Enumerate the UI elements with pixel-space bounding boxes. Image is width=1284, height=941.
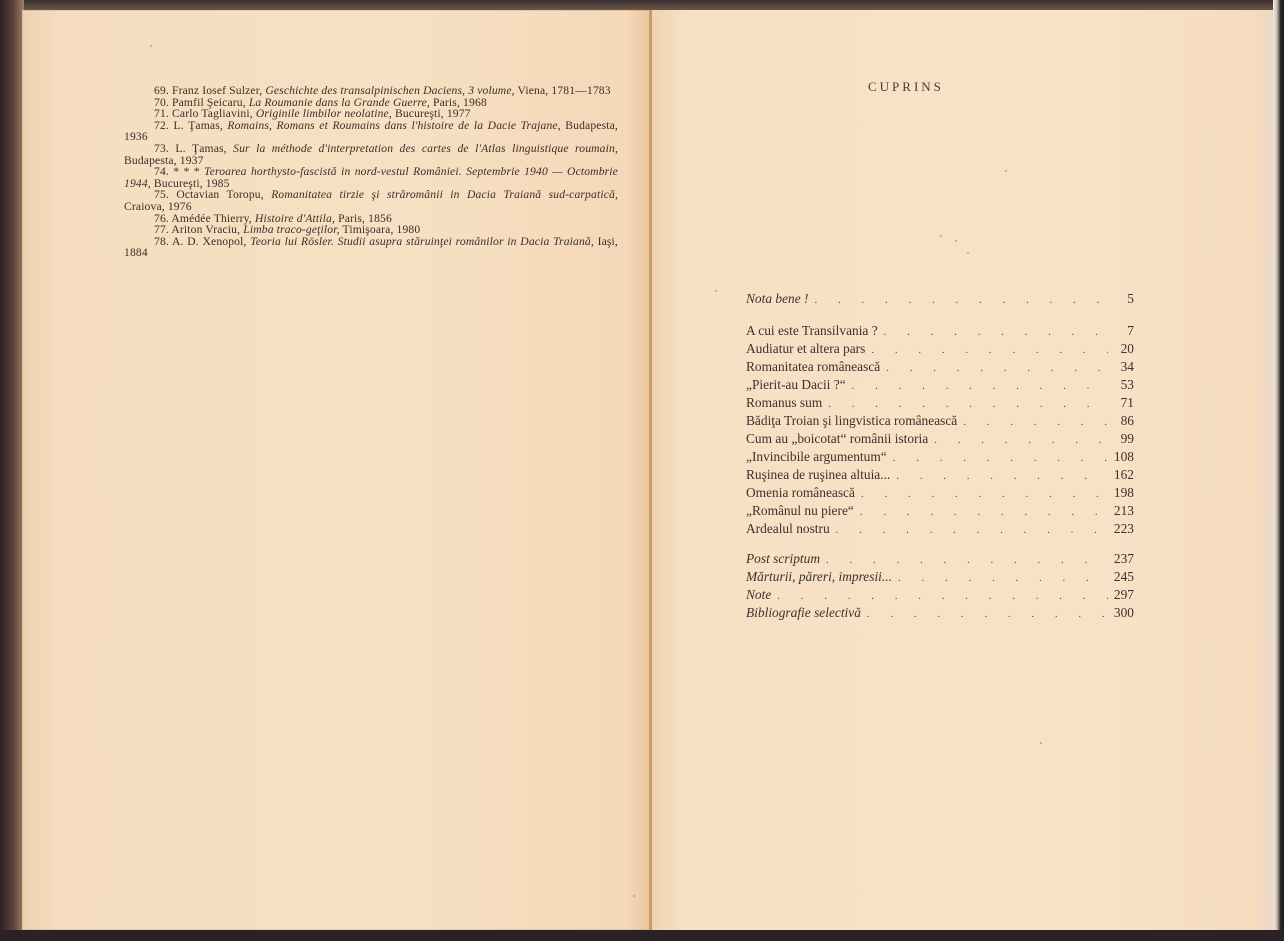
book-cover-edge-left — [0, 0, 24, 941]
toc-entry: Omenia românească198 — [746, 484, 1134, 502]
dot-leader — [814, 291, 1108, 309]
dot-leader — [963, 413, 1108, 431]
entry-author: L. Ţamas, — [173, 119, 222, 132]
bottom-edge — [0, 930, 1284, 941]
toc-entry-page: 223 — [1108, 520, 1134, 538]
dot-leader — [852, 377, 1108, 395]
entry-publication: Viena, 1781—1783 — [518, 84, 611, 97]
paper-speck — [633, 895, 635, 897]
paper-speck — [1040, 742, 1042, 744]
toc-entry-page: 99 — [1108, 430, 1134, 448]
dot-leader — [836, 521, 1108, 539]
toc-entry: „Românul nu piere“213 — [746, 502, 1134, 520]
toc-entry-page: 86 — [1108, 412, 1134, 430]
toc-entry: „Pierit-au Dacii ?“53 — [746, 376, 1134, 394]
toc-entry-page: 213 — [1108, 502, 1134, 520]
dot-leader — [898, 569, 1108, 587]
dot-leader — [860, 503, 1108, 521]
dot-leader — [886, 359, 1108, 377]
toc-entry: Romanus sum71 — [746, 394, 1134, 412]
paper-speck — [940, 235, 942, 237]
toc-entry: Nota bene !5 — [746, 290, 1134, 308]
toc-entry-title: Romanus sum — [746, 394, 828, 412]
bibliography-entry: 72. L. Ţamas, Romains, Romans et Roumain… — [124, 120, 618, 143]
toc-entry: Mărturii, păreri, impresii...245 — [746, 568, 1134, 586]
entry-title: Teoria lui Rösler. Studii asupra stăruin… — [250, 235, 594, 248]
paper-speck — [1005, 170, 1007, 172]
toc-entry-page: 5 — [1108, 290, 1134, 308]
toc-entry: Bădiţa Troian şi lingvistica românească8… — [746, 412, 1134, 430]
toc-entry-title: Nota bene ! — [746, 290, 814, 308]
toc-entry-title: „Invincibile argumentum“ — [746, 448, 893, 466]
spacer — [746, 538, 1134, 550]
toc-entry: Post scriptum237 — [746, 550, 1134, 568]
paper-speck — [150, 45, 152, 47]
toc-entry-title: Post scriptum — [746, 550, 826, 568]
toc-entry-page: 53 — [1108, 376, 1134, 394]
bibliography-entry: 78. A. D. Xenopol, Teoria lui Rösler. St… — [124, 236, 618, 259]
book-cover-edge-right — [1273, 0, 1284, 941]
entry-author: A. D. Xenopol, — [172, 235, 247, 248]
dot-leader — [893, 449, 1108, 467]
toc-entry-page: 71 — [1108, 394, 1134, 412]
bibliography-entry: 74. * * * Teroarea horthysto-fascistă in… — [124, 166, 618, 189]
entry-title: Romanitatea tirzie şi străromânii in Dac… — [271, 188, 618, 201]
entry-number: 78. — [154, 235, 169, 248]
toc-entry-page: 300 — [1108, 604, 1134, 622]
entry-title: Romains, Romans et Roumains dans l'histo… — [227, 119, 560, 132]
bibliography-list: 69. Franz Iosef Sulzer, Geschichte des t… — [124, 85, 618, 259]
toc-entry-title: Bibliografie selectivă — [746, 604, 867, 622]
paper-speck — [955, 240, 957, 242]
dot-leader — [896, 467, 1108, 485]
table-of-contents: Nota bene !5A cui este Transilvania ?7Au… — [746, 290, 1134, 622]
toc-entry: Audiatur et altera pars20 — [746, 340, 1134, 358]
toc-entry-page: 20 — [1108, 340, 1134, 358]
dot-leader — [826, 551, 1108, 569]
dot-leader — [867, 605, 1108, 623]
toc-entry: „Invincibile argumentum“108 — [746, 448, 1134, 466]
toc-entry: Ruşinea de ruşinea altuia...162 — [746, 466, 1134, 484]
toc-entry-title: Omenia românească — [746, 484, 861, 502]
toc-entry: Cum au „boicotat“ românii istoria99 — [746, 430, 1134, 448]
bibliography-entry: 75. Octavian Toropu, Romanitatea tirzie … — [124, 189, 618, 212]
dot-leader — [828, 395, 1108, 413]
toc-entry-title: Ardealul nostru — [746, 520, 836, 538]
toc-entry: Bibliografie selectivă300 — [746, 604, 1134, 622]
toc-entry-page: 297 — [1108, 586, 1134, 604]
spacer — [746, 308, 1134, 322]
toc-entry-page: 108 — [1108, 448, 1134, 466]
dot-leader — [871, 341, 1108, 359]
book-spread: 69. Franz Iosef Sulzer, Geschichte des t… — [0, 0, 1284, 941]
toc-entry-page: 34 — [1108, 358, 1134, 376]
toc-entry-title: „Românul nu piere“ — [746, 502, 860, 520]
entry-title: Sur la méthode d'interpretation des cart… — [233, 142, 618, 155]
entry-number: 72. — [154, 119, 169, 132]
toc-entry-title: A cui este Transilvania ? — [746, 322, 884, 340]
toc-entry-page: 7 — [1108, 322, 1134, 340]
toc-entry-title: Cum au „boicotat“ românii istoria — [746, 430, 934, 448]
toc-entry-page: 162 — [1108, 466, 1134, 484]
toc-entry-page: 198 — [1108, 484, 1134, 502]
top-edge — [0, 0, 1284, 10]
toc-entry-title: Ruşinea de ruşinea altuia... — [746, 466, 896, 484]
toc-entry: Ardealul nostru223 — [746, 520, 1134, 538]
toc-entry-title: Note — [746, 586, 777, 604]
toc-entry-page: 237 — [1108, 550, 1134, 568]
toc-entry: Note297 — [746, 586, 1134, 604]
dot-leader — [884, 323, 1108, 341]
toc-entry: Romanitatea românească34 — [746, 358, 1134, 376]
toc-entry-title: „Pierit-au Dacii ?“ — [746, 376, 852, 394]
bibliography-entry: 73. L. Ţamas, Sur la méthode d'interpret… — [124, 143, 618, 166]
dot-leader — [777, 587, 1108, 605]
dot-leader — [861, 485, 1108, 503]
toc-entry-title: Romanitatea românească — [746, 358, 886, 376]
toc-entry-title: Mărturii, păreri, impresii... — [746, 568, 898, 586]
dot-leader — [934, 431, 1108, 449]
page-title: CUPRINS — [868, 79, 944, 95]
toc-entry-page: 245 — [1108, 568, 1134, 586]
paper-speck — [967, 252, 969, 254]
paper-speck — [715, 290, 717, 292]
toc-entry-title: Bădiţa Troian şi lingvistica românească — [746, 412, 963, 430]
toc-entry: A cui este Transilvania ?7 — [746, 322, 1134, 340]
toc-entry-title: Audiatur et altera pars — [746, 340, 871, 358]
